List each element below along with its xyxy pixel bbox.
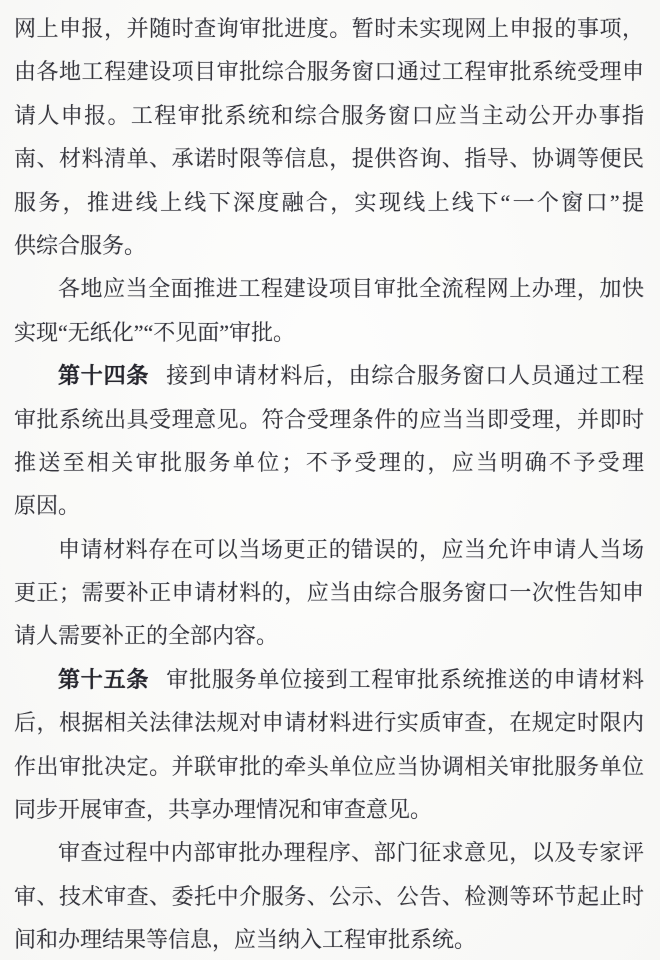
article-line: 第十五条审批服务单位接到工程审批系统推送的申请材料 xyxy=(14,658,644,701)
article-line: 第十四条接到申请材料后，由综合服务窗口人员通过工程 xyxy=(14,354,644,397)
line-text: 同步开展审查，共享办理情况和审查意见。 xyxy=(14,797,432,822)
line-text: 由各地工程建设项目审批综合服务窗口通过工程审批系统受理申 xyxy=(14,59,644,84)
line-text: 作出审批决定。并联审批的牵头单位应当协调相关审批服务单位 xyxy=(14,754,644,779)
text-line: 南、材料清单、承诺时限等信息，提供咨询、指导、协调等便民 xyxy=(14,137,644,180)
document-page: 网上申报，并随时查询审批进度。暂时未实现网上申报的事项，由各地工程建设项目审批综… xyxy=(0,0,660,960)
line-text: 推送至相关审批服务单位；不予受理的，应当明确不予受理 xyxy=(14,450,644,475)
text-line: 由各地工程建设项目审批综合服务窗口通过工程审批系统受理申 xyxy=(14,50,644,93)
line-text: 更正；需要补正申请材料的，应当由综合服务窗口一次性告知申 xyxy=(14,580,644,605)
line-text: 审批系统出具受理意见。符合受理条件的应当当即受理，并即时 xyxy=(14,407,644,432)
text-line: 申请材料存在可以当场更正的错误的，应当允许申请人当场 xyxy=(14,528,644,571)
text-line: 请人需要补正的全部内容。 xyxy=(14,614,644,657)
line-text: 实现“无纸化”“不见面”审批。 xyxy=(14,320,295,345)
line-text: 申请材料存在可以当场更正的错误的，应当允许申请人当场 xyxy=(58,537,644,562)
article-number-heading: 第十四条 xyxy=(58,363,149,388)
text-line: 审批系统出具受理意见。符合受理条件的应当当即受理，并即时 xyxy=(14,398,644,441)
line-text: 请人需要补正的全部内容。 xyxy=(14,623,278,648)
text-line: 各地应当全面推进工程建设项目审批全流程网上办理，加快 xyxy=(14,267,644,310)
text-line: 网上申报，并随时查询审批进度。暂时未实现网上申报的事项， xyxy=(14,7,644,50)
text-line: 审、技术审查、委托中介服务、公示、公告、检测等环节起止时 xyxy=(14,875,644,918)
line-text: 服务，推进线上线下深度融合，实现线上线下“一个窗口”提 xyxy=(14,190,644,215)
text-line: 后，根据相关法律法规对申请材料进行实质审查，在规定时限内 xyxy=(14,701,644,744)
line-text: 审、技术审查、委托中介服务、公示、公告、检测等环节起止时 xyxy=(14,884,644,909)
text-line: 服务，推进线上线下深度融合，实现线上线下“一个窗口”提 xyxy=(14,181,644,224)
line-text: 请人申报。工程审批系统和综合服务窗口应当主动公开办事指 xyxy=(14,103,644,128)
line-text: 南、材料清单、承诺时限等信息，提供咨询、指导、协调等便民 xyxy=(14,146,644,171)
text-line: 作出审批决定。并联审批的牵头单位应当协调相关审批服务单位 xyxy=(14,745,644,788)
text-line: 实现“无纸化”“不见面”审批。 xyxy=(14,311,644,354)
line-text: 审查过程中内部审批办理程序、部门征求意见，以及专家评 xyxy=(58,840,644,865)
article-number-heading: 第十五条 xyxy=(58,667,149,692)
line-text: 供综合服务。 xyxy=(14,233,146,258)
line-text: 审批服务单位接到工程审批系统推送的申请材料 xyxy=(166,667,644,692)
line-text: 网上申报，并随时查询审批进度。暂时未实现网上申报的事项， xyxy=(14,16,644,41)
text-line: 同步开展审查，共享办理情况和审查意见。 xyxy=(14,788,644,831)
line-text: 后，根据相关法律法规对申请材料进行实质审查，在规定时限内 xyxy=(14,710,644,735)
line-text: 各地应当全面推进工程建设项目审批全流程网上办理，加快 xyxy=(58,276,644,301)
line-text: 间和办理结果等信息，应当纳入工程审批系统。 xyxy=(14,927,476,952)
text-line: 间和办理结果等信息，应当纳入工程审批系统。 xyxy=(14,918,644,960)
document-body: 网上申报，并随时查询审批进度。暂时未实现网上申报的事项，由各地工程建设项目审批综… xyxy=(14,7,644,960)
line-text: 原因。 xyxy=(14,493,80,518)
text-line: 原因。 xyxy=(14,484,644,527)
text-line: 供综合服务。 xyxy=(14,224,644,267)
text-line: 推送至相关审批服务单位；不予受理的，应当明确不予受理 xyxy=(14,441,644,484)
text-line: 审查过程中内部审批办理程序、部门征求意见，以及专家评 xyxy=(14,831,644,874)
line-text: 接到申请材料后，由综合服务窗口人员通过工程 xyxy=(166,363,644,388)
text-line: 更正；需要补正申请材料的，应当由综合服务窗口一次性告知申 xyxy=(14,571,644,614)
text-line: 请人申报。工程审批系统和综合服务窗口应当主动公开办事指 xyxy=(14,94,644,137)
